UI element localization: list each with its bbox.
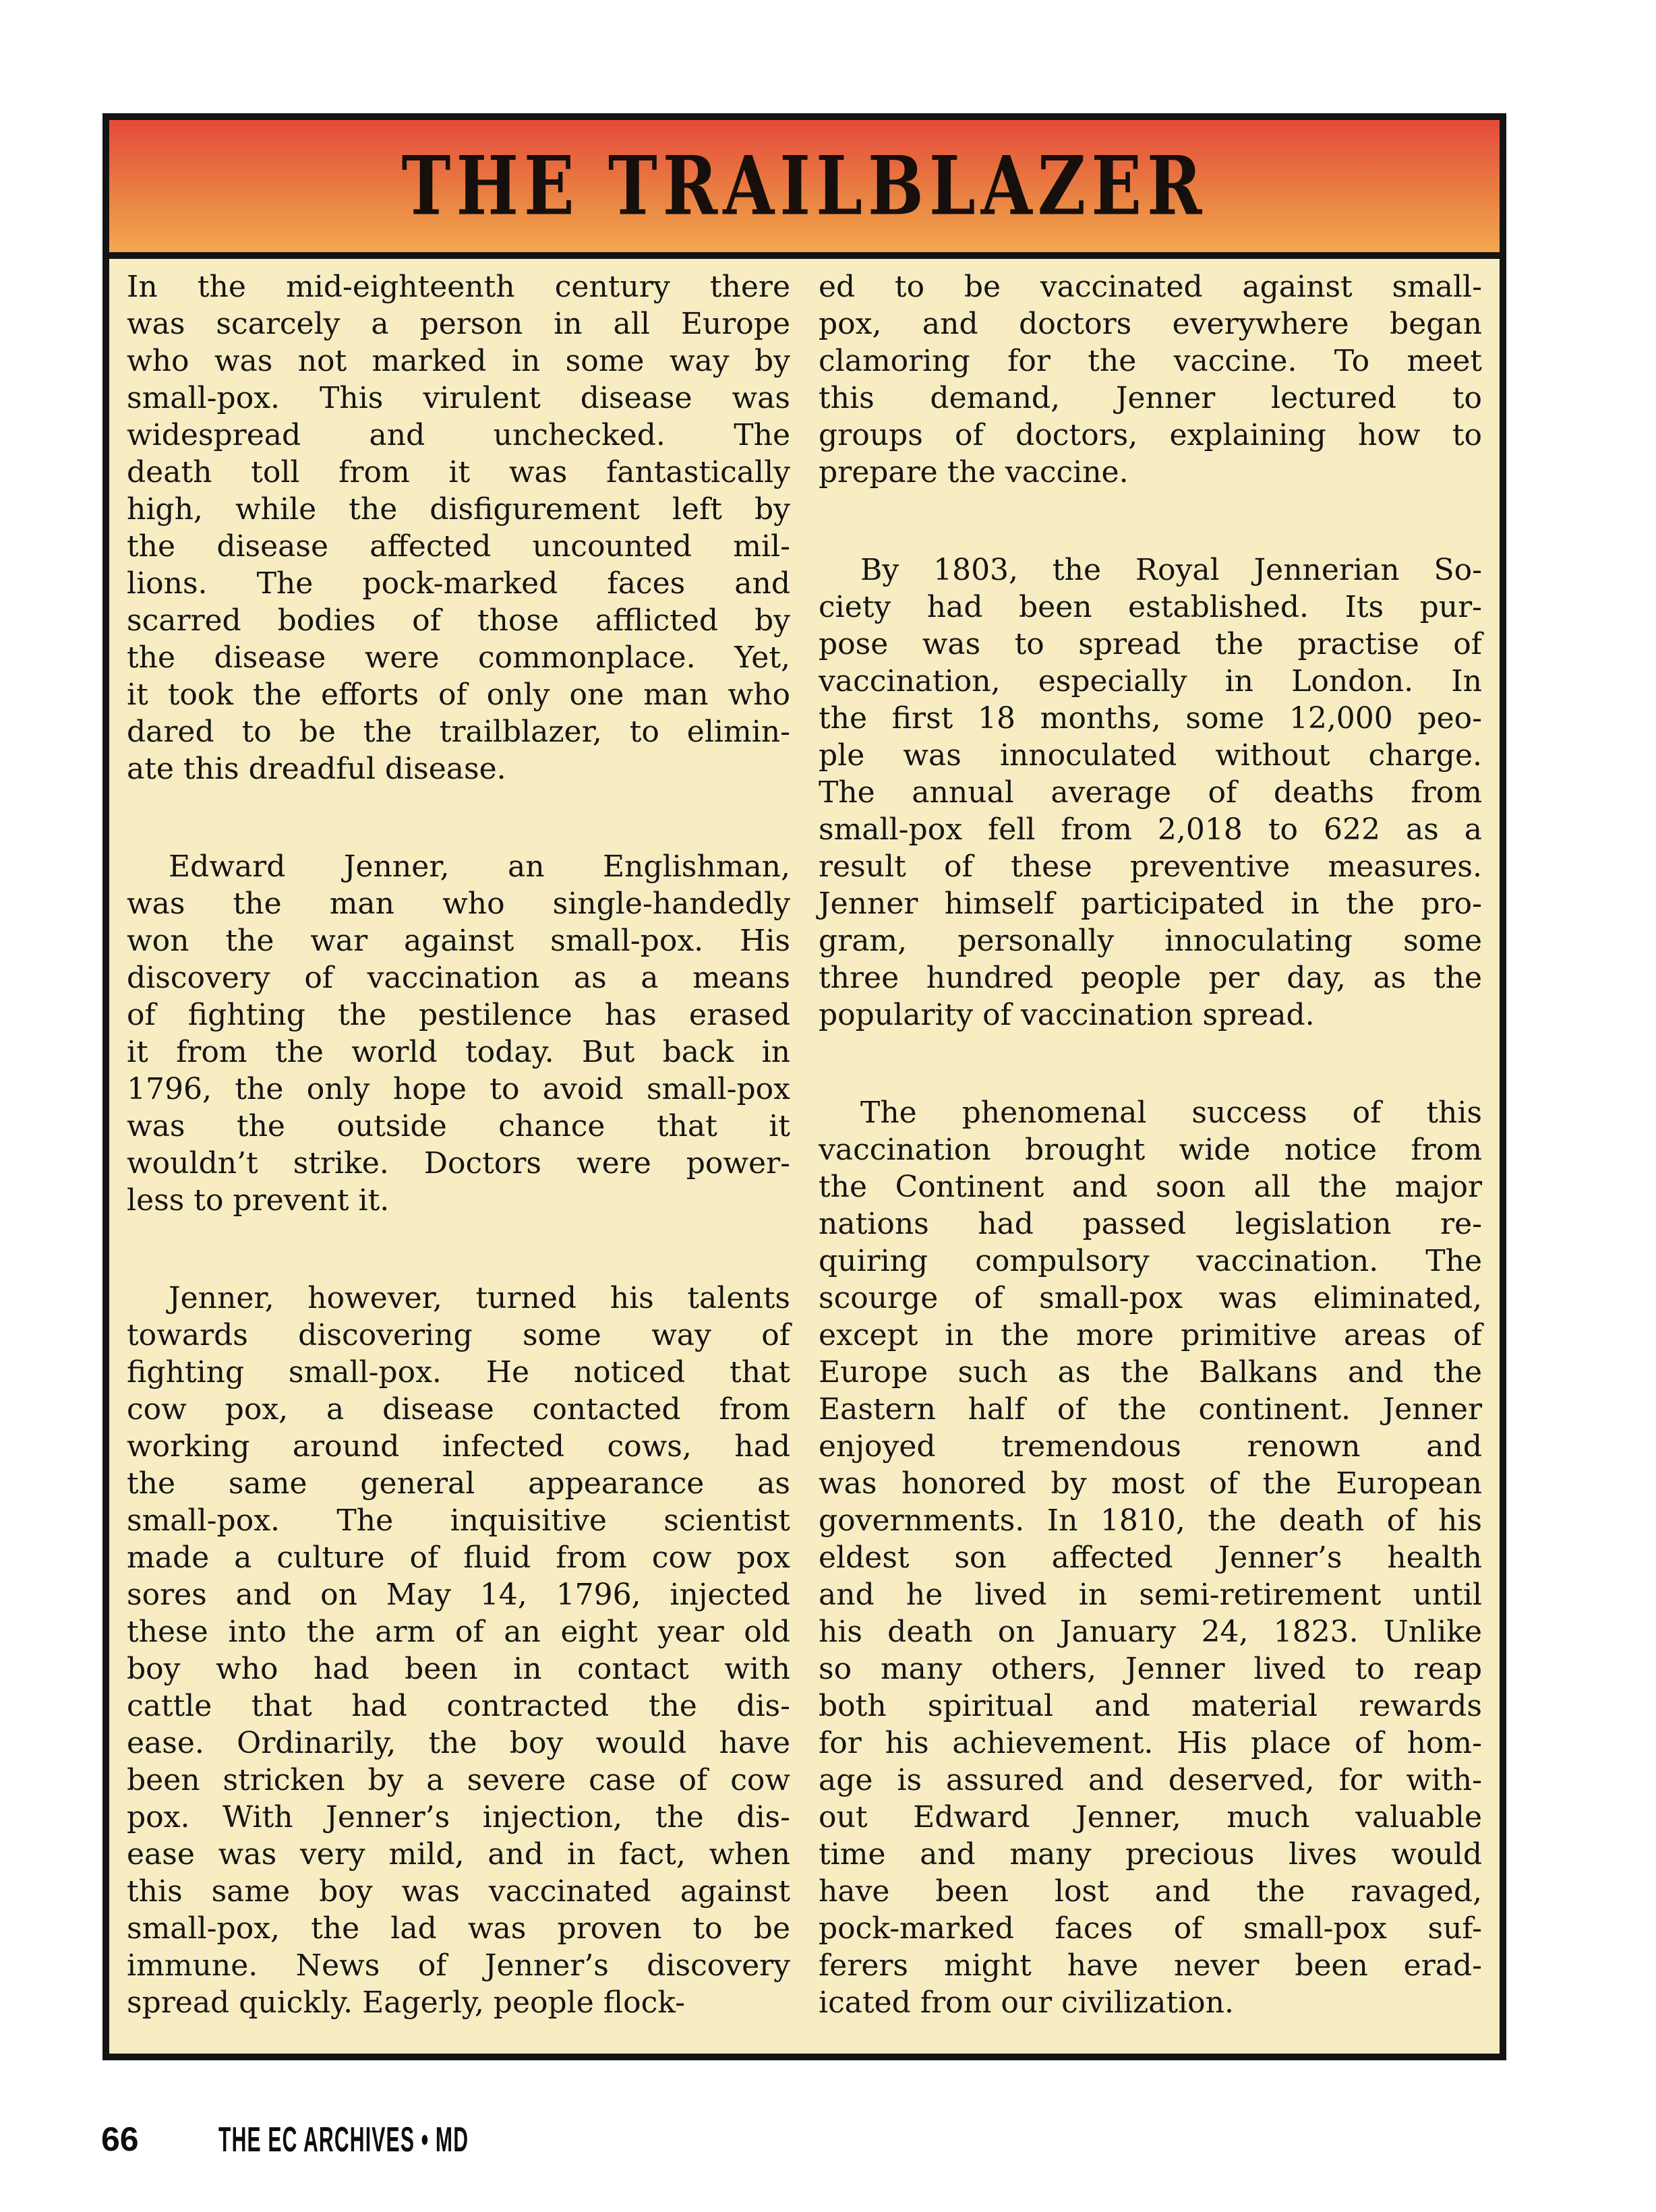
text-line: less to prevent it. [127,1182,790,1219]
story-text: In the mid-eighteenth century therewas s… [109,259,1500,2021]
text-line: both spiritual and material rewards [819,1687,1482,1725]
text-line: Europe such as the Balkans and the [819,1354,1482,1391]
text-line: eldest son affected Jenner’s health [819,1539,1482,1576]
text-line: vaccination, especially in London. In [819,663,1482,700]
text-line: pock-marked faces of small-pox suf- [819,1910,1482,1947]
text-line: for his achievement. His place of hom- [819,1725,1482,1762]
text-line: spread quickly. Eagerly, people flock- [127,1984,790,2021]
text-line: fighting small-pox. He noticed that [127,1354,790,1391]
text-line: death toll from it was fantastically [127,454,790,491]
text-line: ple was innoculated without charge. [819,737,1482,774]
text-line: three hundred people per day, as the [819,959,1482,996]
book-title: THE EC ARCHIVES • MD [218,2122,469,2157]
text-line: cow pox, a disease contacted from [127,1391,790,1428]
text-line: In the mid-eighteenth century there [127,268,790,305]
title-banner: THE TRAILBLAZER [109,120,1500,259]
text-line: the disease were commonplace. Yet, [127,639,790,676]
text-line: who was not marked in some way by [127,342,790,380]
text-line: discovery of vaccination as a means [127,959,790,996]
text-line: ed to be vaccinated against small- [819,268,1482,305]
text-line: popularity of vaccination spread. [819,996,1482,1034]
text-line: towards discovering some way of [127,1317,790,1354]
text-line: pox, and doctors everywhere began [819,305,1482,342]
text-line: icated from our civilization. [819,1984,1482,2021]
text-line: been stricken by a severe case of cow [127,1762,790,1799]
text-line: 1796, the only hope to avoid small-pox [127,1071,790,1108]
text-line: nations had passed legislation re- [819,1205,1482,1243]
text-line: was the outside chance that it [127,1108,790,1145]
text-line: small-pox fell from 2,018 to 622 as a [819,811,1482,848]
text-line: was the man who single-handedly [127,885,790,922]
text-line: of fighting the pestilence has erased [127,996,790,1034]
text-line: The phenomenal success of this [819,1094,1482,1131]
text-line: lions. The pock-marked faces and [127,565,790,602]
text-line: groups of doctors, explaining how to [819,417,1482,454]
text-line: ate this dreadful disease. [127,750,790,787]
text-column-left: In the mid-eighteenth century therewas s… [127,268,790,2021]
text-line: Eastern half of the continent. Jenner [819,1391,1482,1428]
text-line: boy who had been in contact with [127,1650,790,1687]
text-line: his death on January 24, 1823. Unlike [819,1613,1482,1650]
text-line: sores and on May 14, 1796, injected [127,1576,790,1613]
text-line: ease. Ordinarily, the boy would have [127,1725,790,1762]
text-line: small-pox. The inquisitive scientist [127,1502,790,1539]
text-line: it from the world today. But back in [127,1034,790,1071]
text-line: dared to be the trailblazer, to elimin- [127,713,790,750]
page-number: 66 [101,2122,139,2156]
text-line: the disease affected uncounted mil- [127,528,790,565]
text-line: made a culture of fluid from cow pox [127,1539,790,1576]
text-line: immune. News of Jenner’s discovery [127,1947,790,1984]
text-line: scourge of small-pox was eliminated, [819,1280,1482,1317]
text-line: cattle that had contracted the dis- [127,1687,790,1725]
story-panel: THE TRAILBLAZER In the mid-eighteenth ce… [102,113,1506,2060]
text-line: gram, personally innoculating some [819,922,1482,959]
text-line: small-pox. This virulent disease was [127,380,790,417]
text-line: result of these preventive measures. [819,848,1482,885]
text-line: pox. With Jenner’s injection, the dis- [127,1799,790,1836]
text-line: time and many precious lives would [819,1836,1482,1873]
text-line: high, while the disfigurement left by [127,491,790,528]
text-line: these into the arm of an eight year old [127,1613,790,1650]
text-line: Edward Jenner, an Englishman, [127,848,790,885]
text-line: governments. In 1810, the death of his [819,1502,1482,1539]
text-column-right: ed to be vaccinated against small-pox, a… [819,268,1482,2021]
paragraph: By 1803, the Royal Jennerian So-ciety ha… [819,551,1482,1034]
text-line: except in the more primitive areas of [819,1317,1482,1354]
comic-text-page: THE TRAILBLAZER In the mid-eighteenth ce… [0,0,1656,2212]
text-line: quiring compulsory vaccination. The [819,1243,1482,1280]
text-line: enjoyed tremendous renown and [819,1428,1482,1465]
text-line: pose was to spread the practise of [819,626,1482,663]
text-line: and he lived in semi-retirement until [819,1576,1482,1613]
page-title: THE TRAILBLAZER [402,139,1208,233]
text-line: wouldn’t strike. Doctors were power- [127,1145,790,1182]
text-line: out Edward Jenner, much valuable [819,1799,1482,1836]
text-line: was honored by most of the European [819,1465,1482,1502]
text-line: small-pox, the lad was proven to be [127,1910,790,1947]
text-line: the same general appearance as [127,1465,790,1502]
text-line: The annual average of deaths from [819,774,1482,811]
text-line: it took the efforts of only one man who [127,676,790,713]
text-line: won the war against small-pox. His [127,922,790,959]
text-line: ease was very mild, and in fact, when [127,1836,790,1873]
text-line: ciety had been established. Its pur- [819,589,1482,626]
text-line: Jenner himself participated in the pro- [819,885,1482,922]
text-line: age is assured and deserved, for with- [819,1762,1482,1799]
text-line: clamoring for the vaccine. To meet [819,342,1482,380]
page-footer: 66 THE EC ARCHIVES • MD [101,2122,650,2157]
text-line: widespread and unchecked. The [127,417,790,454]
paragraph: In the mid-eighteenth century therewas s… [127,268,790,787]
text-line: have been lost and the ravaged, [819,1873,1482,1910]
paragraph: Edward Jenner, an Englishman,was the man… [127,848,790,1219]
text-line: By 1803, the Royal Jennerian So- [819,551,1482,589]
paragraph: Jenner, however, turned his talentstowar… [127,1280,790,2021]
text-line: so many others, Jenner lived to reap [819,1650,1482,1687]
text-line: vaccination brought wide notice from [819,1131,1482,1168]
text-line: Jenner, however, turned his talents [127,1280,790,1317]
text-line: ferers might have never been erad- [819,1947,1482,1984]
text-line: the Continent and soon all the major [819,1168,1482,1205]
text-line: this demand, Jenner lectured to [819,380,1482,417]
text-line: the first 18 months, some 12,000 peo- [819,700,1482,737]
text-line: working around infected cows, had [127,1428,790,1465]
text-line: prepare the vaccine. [819,454,1482,491]
paragraph: ed to be vaccinated against small-pox, a… [819,268,1482,491]
text-line: this same boy was vaccinated against [127,1873,790,1910]
text-line: scarred bodies of those afflicted by [127,602,790,639]
paragraph: The phenomenal success of thisvaccinatio… [819,1094,1482,2021]
text-line: was scarcely a person in all Europe [127,305,790,342]
